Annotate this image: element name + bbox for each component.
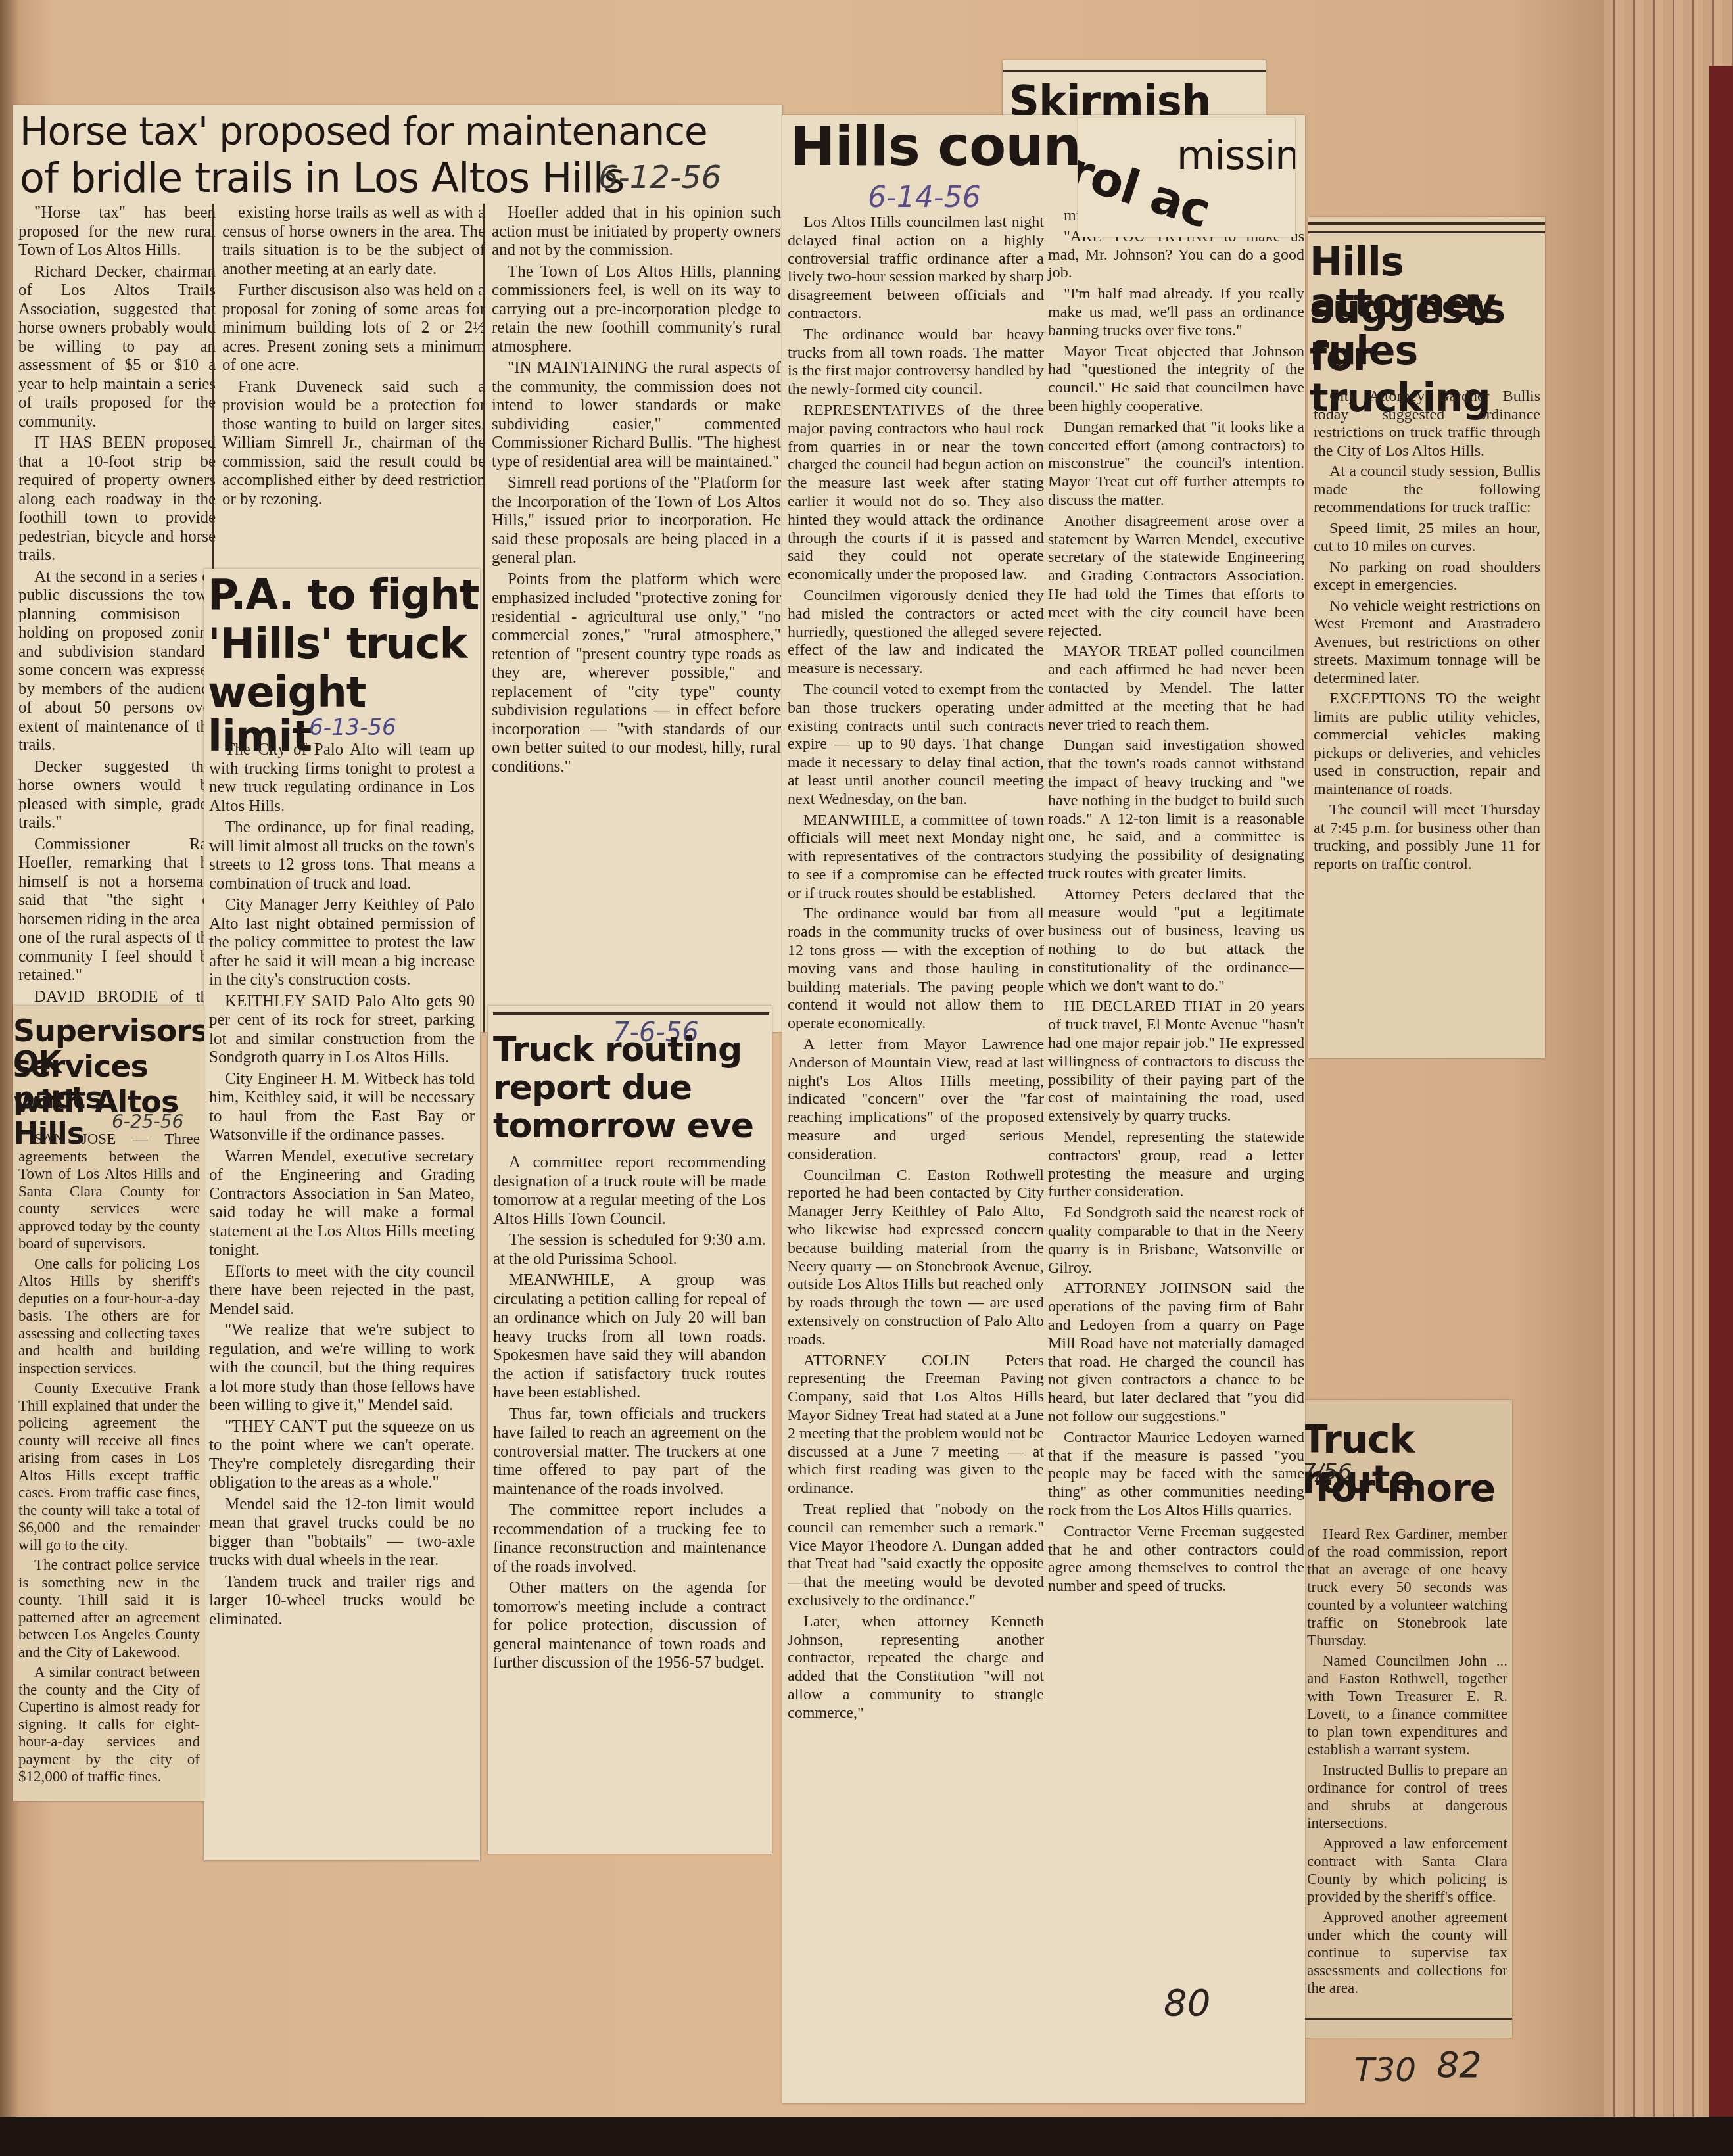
- rule: [1003, 70, 1266, 72]
- rule: [1302, 2018, 1512, 2020]
- paragraph: "IN MAINTAINING the rural aspects of the…: [492, 359, 781, 471]
- headline-line2: report due: [493, 1070, 692, 1106]
- paragraph: Approved another agreement under which t…: [1307, 1908, 1507, 1997]
- paragraph: ATTORNEY COLIN Peters representing the F…: [788, 1352, 1044, 1498]
- paragraph: Richard Decker, chairman of Los Altos Tr…: [18, 263, 216, 432]
- paragraph: The Town of Los Altos Hills, planning co…: [492, 263, 781, 357]
- paragraph: The ordinance would bar from all roads i…: [788, 905, 1044, 1033]
- paragraph: Hoefler added that in his opinion such a…: [492, 204, 781, 260]
- paragraph: Councilmen vigorously denied they had mi…: [788, 587, 1044, 678]
- paragraph: Mendel said the 12-ton limit would mean …: [209, 1495, 475, 1570]
- paragraph: One calls for policing Los Altos Hills b…: [18, 1255, 200, 1378]
- paragraph: ATTORNEY JOHNSON said the operations of …: [1048, 1280, 1304, 1426]
- paragraph: Dungan remarked that "it looks like a co…: [1048, 419, 1304, 510]
- date-note: 6-13-56: [309, 715, 396, 741]
- paragraph: The council voted to exempt from the ban…: [788, 681, 1044, 809]
- paragraph: Los Altos Hills councilmen last night de…: [788, 214, 1044, 323]
- article-body: The City of Palo Alto will team up with …: [204, 741, 480, 1631]
- paragraph: Ed Sondgroth said the nearest rock of qu…: [1048, 1204, 1304, 1277]
- paragraph: The ordinance, up for final reading, wil…: [209, 818, 475, 893]
- clipping-truck-route-more: Truck route 7/56 for more Heard Rex Gard…: [1302, 1400, 1512, 2038]
- page-number-82: 82: [1436, 2044, 1482, 2086]
- paragraph: Dungan said investigation showed that th…: [1048, 737, 1304, 883]
- paragraph: Speed limit, 25 miles an hour, cut to 10…: [1314, 520, 1540, 556]
- paragraph: At the second in a series of public disc…: [18, 568, 216, 755]
- paragraph: Warren Mendel, executive secretary of th…: [209, 1148, 475, 1260]
- paragraph: A committee report recommending designat…: [493, 1154, 766, 1229]
- paragraph: HE DECLARED THAT in 20 years of truck tr…: [1048, 998, 1304, 1126]
- paragraph: REPRESENTATIVES of the three major pavin…: [788, 402, 1044, 584]
- clipping-supervisors: Supervisors OK services pacts with Altos…: [13, 1006, 204, 1801]
- date-note: 6-25-56: [112, 1111, 183, 1133]
- handwritten-note: T30: [1354, 2051, 1416, 2089]
- paragraph: Mayor Treat objected that Johnson had "q…: [1048, 343, 1304, 416]
- fragment-missing: missing: [1177, 135, 1295, 177]
- binder-bottom: [0, 2117, 1733, 2156]
- headline-line2: of bridle trails in Los Altos Hills: [20, 156, 624, 199]
- paragraph: The session is scheduled for 9:30 a.m. a…: [493, 1231, 766, 1269]
- paragraph: The contract police service is something…: [18, 1557, 200, 1661]
- paragraph: Commissioner Ray Hoefler, remarking that…: [18, 835, 216, 985]
- paragraph: MAYOR TREAT polled councilmen and each a…: [1048, 643, 1304, 734]
- paragraph: Councilman C. Easton Rothwell reported h…: [788, 1167, 1044, 1349]
- paragraph: A letter from Mayor Lawrence Anderson of…: [788, 1036, 1044, 1164]
- paragraph: Treat replied that "nobody on the counci…: [788, 1501, 1044, 1610]
- paragraph: City Manager Jerry Keithley of Palo Alto…: [209, 896, 475, 990]
- paragraph: No parking on road shoulders except in e…: [1314, 559, 1540, 595]
- column-rule: [483, 204, 485, 1032]
- rule: [1308, 231, 1545, 233]
- column-2: existing horse trails as well as with a …: [217, 204, 490, 511]
- paragraph: Attorney Peters declared that the measur…: [1048, 886, 1304, 996]
- headline-line3: tomorrow eve: [493, 1108, 753, 1144]
- paragraph: The council will meet Thursday at 7:45 p…: [1314, 801, 1540, 874]
- paragraph: Instructed Bullis to prepare an ordinanc…: [1307, 1761, 1507, 1832]
- paragraph: County Executive Frank Thill explained t…: [18, 1380, 200, 1554]
- paragraph: Efforts to meet with the city council th…: [209, 1263, 475, 1319]
- paragraph: Later, when attorney Kenneth Johnson, re…: [788, 1613, 1044, 1723]
- paragraph: "I'm half mad already. If you really mak…: [1048, 285, 1304, 340]
- paragraph: Mendel, representing the statewide contr…: [1048, 1129, 1304, 1202]
- paragraph: EXCEPTIONS TO the weight limits are publ…: [1314, 690, 1540, 799]
- article-body: SAN JOSE — Three agreements between the …: [13, 1131, 204, 1789]
- paragraph: Another disagreement arose over a statem…: [1048, 513, 1304, 641]
- paragraph: At a council study session, Bullis made …: [1314, 463, 1540, 517]
- paragraph: MEANWHILE, a committee of town officials…: [788, 812, 1044, 903]
- headline-line1: Truck routing: [493, 1032, 742, 1068]
- paragraph: Contractor Maurice Ledoyen warned that i…: [1048, 1429, 1304, 1520]
- paragraph: Frank Duveneck said such a provision wou…: [222, 378, 485, 509]
- clipping-truck-routing: 7-6-56 Truck routing report due tomorrow…: [488, 1006, 772, 1854]
- paragraph: Tandem truck and trailer rigs and larger…: [209, 1573, 475, 1629]
- paragraph: MEANWHILE, A group was circulating a pet…: [493, 1271, 766, 1403]
- column-3: Hoefler added that in his opinion such a…: [487, 204, 782, 779]
- headline-line1: P.A. to fight: [208, 574, 479, 618]
- paragraph: City Attorney Gardner Bullis today sugge…: [1314, 388, 1540, 460]
- headline-line1: Horse tax' proposed for maintenance: [20, 112, 707, 152]
- headline-line2: 'Hills' truck: [208, 622, 467, 667]
- paragraph: "Horse tax" has been proposed for the ne…: [18, 204, 216, 260]
- paragraph: The City of Palo Alto will team up with …: [209, 741, 475, 816]
- paragraph: A similar contract between the county an…: [18, 1664, 200, 1786]
- paragraph: IT HAS BEEN proposed that a 10-foot stri…: [18, 434, 216, 565]
- paragraph: Further discusison also was held on a pr…: [222, 281, 485, 375]
- paragraph: No vehicle weight restrictions on West F…: [1314, 598, 1540, 688]
- column-2: mild-... broke ... Rothwell "ARE YOU TRY…: [1043, 207, 1305, 1599]
- date-note: 6-12-56: [598, 159, 721, 196]
- paragraph: Simrell read portions of the "Platform f…: [492, 474, 781, 568]
- rule: [493, 1012, 769, 1015]
- column-1: "Horse tax" has been proposed for the ne…: [13, 204, 221, 1032]
- paragraph: Approved a law enforcement contract with…: [1307, 1835, 1507, 1906]
- paragraph: Contractor Verne Freeman suggested that …: [1048, 1523, 1304, 1596]
- paragraph: "THEY CAN'T put the squeeze on us to the…: [209, 1418, 475, 1493]
- paragraph: "We realize that we're subject to regula…: [209, 1321, 475, 1415]
- paragraph: Points from the platform which were emph…: [492, 571, 781, 777]
- paragraph: SAN JOSE — Three agreements between the …: [18, 1131, 200, 1253]
- paragraph: Heard Rex Gardiner, member of the road c…: [1307, 1525, 1507, 1649]
- paragraph: City Engineer H. M. Witbeck has told him…: [209, 1070, 475, 1145]
- paragraph: The ordinance would bar heavy trucks fro…: [788, 326, 1044, 399]
- date-note: 6-14-56: [868, 181, 981, 214]
- paragraph: KEITHLEY SAID Palo Alto gets 90 per cent…: [209, 993, 475, 1067]
- paragraph: Thus far, town officials and truckers ha…: [493, 1405, 766, 1499]
- clipping-fragment: missing rol ac: [1078, 118, 1295, 237]
- binder-cover: [1709, 66, 1733, 2156]
- article-body: Heard Rex Gardiner, member of the road c…: [1302, 1525, 1512, 2000]
- paragraph: Decker suggested that horse owners would…: [18, 758, 216, 833]
- paragraph: The committee report includes a recommen…: [493, 1501, 766, 1576]
- article-body: City Attorney Gardner Bullis today sugge…: [1308, 388, 1545, 876]
- paragraph: Named Councilmen John ... and Easton Rot…: [1307, 1652, 1507, 1758]
- page-number-80: 80: [1164, 1982, 1210, 2025]
- paragraph: existing horse trails as well as with a …: [222, 204, 485, 279]
- clipping-hills-council: Hills council 6-14-56 Los Altos Hills co…: [782, 115, 1305, 2103]
- paragraph: Other matters on the agenda for tomorrow…: [493, 1579, 766, 1673]
- clipping-pa-fight: P.A. to fight 'Hills' truck weight limit…: [204, 569, 480, 1860]
- column-1: Los Altos Hills councilmen last night de…: [782, 214, 1049, 1725]
- clipping-attorney-rules: Hills attorney suggests rules for trucki…: [1308, 217, 1545, 1058]
- rule: [1308, 222, 1545, 225]
- headline-line2: for more: [1315, 1468, 1495, 1509]
- article-body: A committee report recommending designat…: [488, 1154, 771, 1676]
